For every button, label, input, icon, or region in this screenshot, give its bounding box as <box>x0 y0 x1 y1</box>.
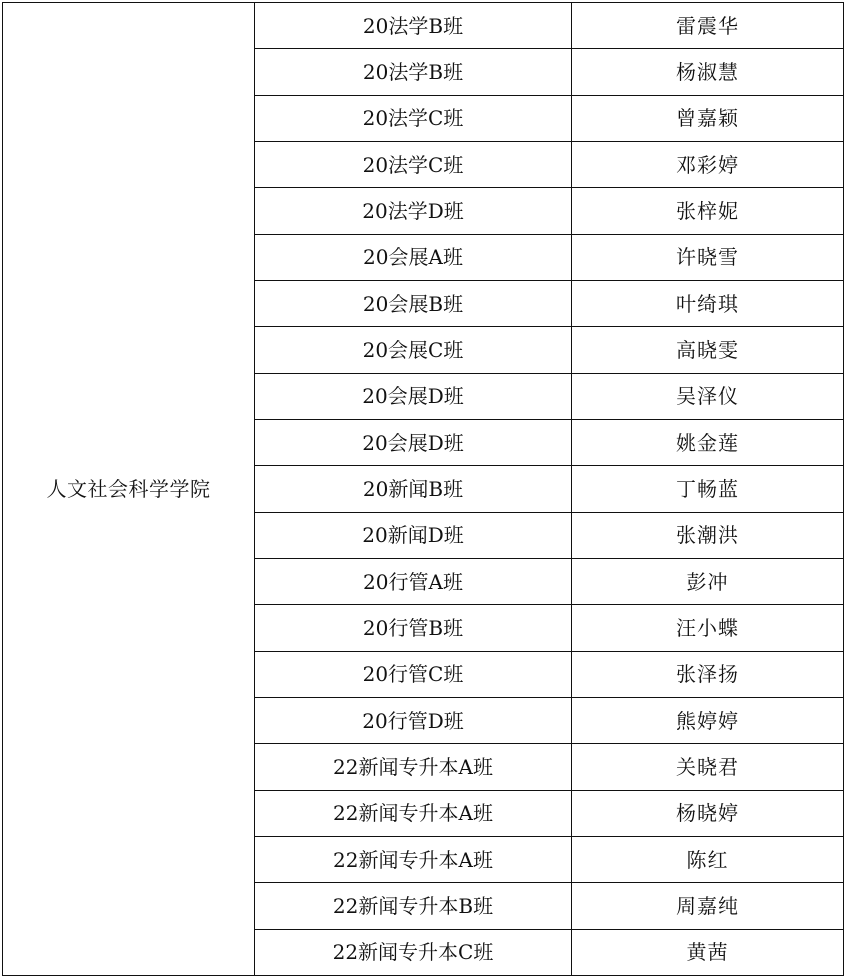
class-cell: 20会展C班 <box>255 327 572 373</box>
class-cell: 20法学D班 <box>255 188 572 234</box>
student-name-cell: 张潮洪 <box>572 512 844 558</box>
student-name-cell: 汪小蝶 <box>572 605 844 651</box>
student-name-cell: 周嘉纯 <box>572 883 844 929</box>
class-cell: 20新闻D班 <box>255 512 572 558</box>
student-name-cell: 陈红 <box>572 836 844 882</box>
student-name-cell: 杨淑慧 <box>572 49 844 95</box>
student-name-cell: 熊婷婷 <box>572 697 844 743</box>
student-name-cell: 吴泽仪 <box>572 373 844 419</box>
class-cell: 20法学B班 <box>255 49 572 95</box>
student-name-cell: 关晓君 <box>572 744 844 790</box>
student-name-cell: 曾嘉颖 <box>572 95 844 141</box>
student-name-cell: 黄茜 <box>572 929 844 975</box>
class-cell: 22新闻专升本A班 <box>255 790 572 836</box>
class-cell: 20法学C班 <box>255 95 572 141</box>
class-cell: 20行管A班 <box>255 558 572 604</box>
class-cell: 20行管B班 <box>255 605 572 651</box>
class-cell: 20行管C班 <box>255 651 572 697</box>
class-cell: 20会展D班 <box>255 373 572 419</box>
college-cell: 人文社会科学学院 <box>3 3 255 976</box>
class-cell: 20行管D班 <box>255 697 572 743</box>
student-name-cell: 张梓妮 <box>572 188 844 234</box>
class-cell: 20法学C班 <box>255 141 572 187</box>
student-name-cell: 雷震华 <box>572 3 844 49</box>
student-name-cell: 姚金莲 <box>572 419 844 465</box>
class-cell: 20法学B班 <box>255 3 572 49</box>
student-name-cell: 杨晓婷 <box>572 790 844 836</box>
student-name-cell: 丁畅蓝 <box>572 466 844 512</box>
student-name-cell: 彭冲 <box>572 558 844 604</box>
class-cell: 22新闻专升本A班 <box>255 744 572 790</box>
student-name-cell: 邓彩婷 <box>572 141 844 187</box>
student-name-cell: 张泽扬 <box>572 651 844 697</box>
table-row: 人文社会科学学院 20法学B班 雷震华 <box>3 3 844 49</box>
class-cell: 22新闻专升本C班 <box>255 929 572 975</box>
student-name-cell: 许晓雪 <box>572 234 844 280</box>
class-cell: 20会展D班 <box>255 419 572 465</box>
student-name-cell: 叶绮琪 <box>572 280 844 326</box>
class-cell: 20会展B班 <box>255 280 572 326</box>
class-cell: 22新闻专升本B班 <box>255 883 572 929</box>
student-name-cell: 高晓雯 <box>572 327 844 373</box>
class-cell: 20会展A班 <box>255 234 572 280</box>
class-cell: 20新闻B班 <box>255 466 572 512</box>
student-roster-table: 人文社会科学学院 20法学B班 雷震华 20法学B班 杨淑慧 20法学C班 曾嘉… <box>2 2 844 976</box>
class-cell: 22新闻专升本A班 <box>255 836 572 882</box>
